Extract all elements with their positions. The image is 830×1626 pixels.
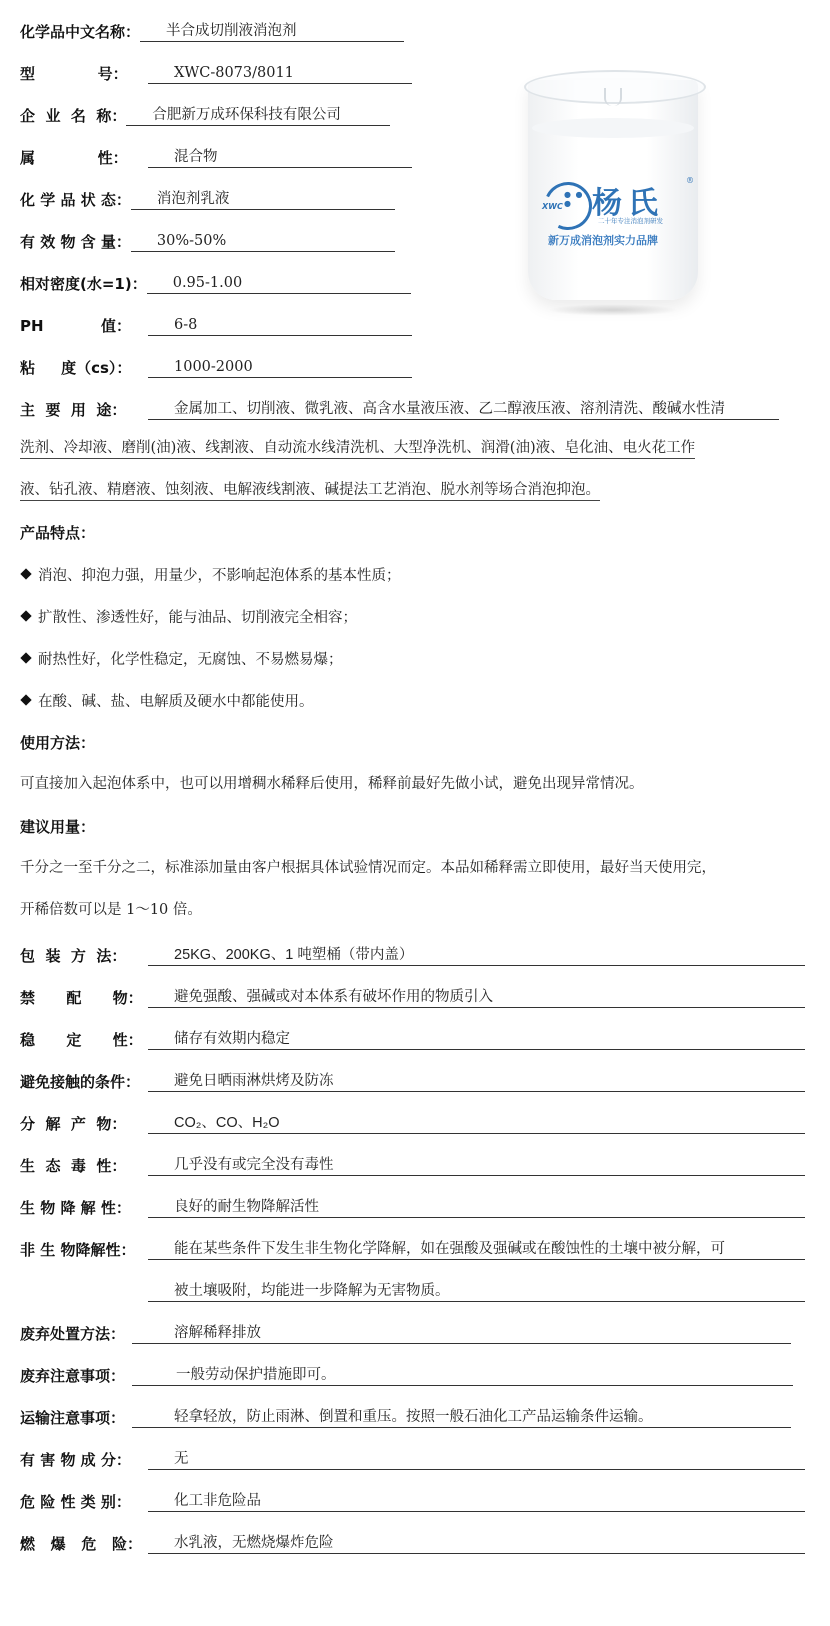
field-label: PH 值： <box>20 316 148 336</box>
field-hazard-class: 危 险 性 类 别： 化工非危险品 <box>20 1488 805 1512</box>
diamond-bullet-icon <box>20 568 31 579</box>
feature-text: 在酸、碱、盐、电解质及硬水中都能使用。 <box>38 694 314 710</box>
field-incompatible: 禁 配 物： 避免强酸、强碱或对本体系有破坏作用的物质引入 <box>20 984 805 1008</box>
field-value: 被土壤吸附，均能进一步降解为无害物质。 <box>148 1281 805 1302</box>
field-label: 型 号： <box>20 64 148 84</box>
field-usage: 主 要 用 途： 金属加工、切削液、微乳液、高含水量液压液、乙二醇液压液、溶剂清… <box>20 396 779 420</box>
field-explosion-hazard: 燃 爆 危 险： 水乳液，无燃烧爆炸危险 <box>20 1530 805 1554</box>
field-value: 水乳液，无燃烧爆炸危险 <box>148 1533 805 1554</box>
field-value: 0.95-1.00 <box>147 273 411 294</box>
field-value: 25KG、200KG、1 吨塑桶（带内盖） <box>148 945 805 966</box>
diamond-bullet-icon <box>20 694 31 705</box>
field-density: 相对密度(水=1)： 0.95-1.00 <box>20 270 411 294</box>
field-value: 合肥新万成环保科技有限公司 <box>126 105 390 126</box>
field-content: 有 效 物 含 量： 30%-50% <box>20 228 395 252</box>
field-value: 避免日晒雨淋烘烤及防冻 <box>148 1071 805 1092</box>
field-label: 粘 度（cs）： <box>20 358 148 378</box>
field-label: 生 物 降 解 性： <box>20 1198 148 1218</box>
feature-item: 扩散性、渗透性好，能与油品、切削液完全相容； <box>20 606 357 627</box>
field-transport-notes: 运输注意事项： 轻拿轻放，防止雨淋、倒置和重压。按照一般石油化工产品运输条件运输… <box>20 1404 791 1428</box>
beaker-spout <box>604 88 622 106</box>
feature-text: 耐热性好，化学性稳定，无腐蚀、不易燃易爆； <box>38 652 343 668</box>
field-disposal-method: 废弃处置方法： 溶解稀释排放 <box>20 1320 791 1344</box>
method-heading: 使用方法： <box>20 732 95 753</box>
diamond-bullet-icon <box>20 652 31 663</box>
feature-item: 在酸、碱、盐、电解质及硬水中都能使用。 <box>20 690 314 711</box>
dosage-line-2: 开稀倍数可以是 1～10 倍。 <box>20 900 810 920</box>
field-label: 废弃处置方法： <box>20 1324 132 1344</box>
field-viscosity: 粘 度（cs）： 1000-2000 <box>20 354 412 378</box>
field-value: 6-8 <box>148 315 412 336</box>
feature-text: 扩散性、渗透性好，能与油品、切削液完全相容； <box>38 610 357 626</box>
field-stability: 稳 定 性： 储存有效期内稳定 <box>20 1026 805 1050</box>
brand-tagline: 二十年专注消泡剂研发 <box>598 216 663 225</box>
field-value: 混合物 <box>148 147 412 168</box>
field-label: 属 性： <box>20 148 148 168</box>
field-attribute: 属 性： 混合物 <box>20 144 412 168</box>
field-label: 废弃注意事项： <box>20 1366 132 1386</box>
field-value: 几乎没有或完全没有毒性 <box>148 1155 805 1176</box>
usage-text: 液、钻孔液、精磨液、蚀刻液、电解液线割液、碱提法工艺消泡、脱水剂等场合消泡抑泡。 <box>20 480 600 501</box>
feature-item: 耐热性好，化学性稳定，无腐蚀、不易燃易爆； <box>20 648 343 669</box>
usage-line-2: 洗剂、冷却液、磨削(油)液、线割液、自动流水线清洗机、大型净洗机、润滑(油)液、… <box>20 438 810 459</box>
field-chinese-name: 化学品中文名称： 半合成切削液消泡剂 <box>20 18 404 42</box>
registered-icon: ® <box>686 176 694 185</box>
field-value: 30%-50% <box>131 231 395 252</box>
dosage-line-1: 千分之一至千分之二，标准添加量由客户根据具体试验情况而定。本品如稀释需立即使用，… <box>20 858 810 878</box>
field-hazardous-components: 有 害 物 成 分： 无 <box>20 1446 805 1470</box>
field-label: 燃 爆 危 险： <box>20 1534 148 1554</box>
field-avoid-conditions: 避免接触的条件： 避免日晒雨淋烘烤及防冻 <box>20 1068 805 1092</box>
field-ecotoxicity: 生 态 毒 性： 几乎没有或完全没有毒性 <box>20 1152 805 1176</box>
field-value: 1000-2000 <box>148 357 412 378</box>
feature-text: 消泡、抑泡力强，用量少，不影响起泡体系的基本性质； <box>38 568 401 584</box>
field-label: 包 装 方 法： <box>20 946 148 966</box>
field-packaging: 包 装 方 法： 25KG、200KG、1 吨塑桶（带内盖） <box>20 942 805 966</box>
beaker-shadow <box>548 304 678 316</box>
usage-line-1: 金属加工、切削液、微乳液、高含水量液压液、乙二醇液压液、溶剂清洗、酸碱水性清 <box>148 399 779 420</box>
field-value: 无 <box>148 1449 805 1470</box>
field-label: 企 业 名 称： <box>20 106 126 126</box>
field-value: 半合成切削液消泡剂 <box>140 21 404 42</box>
logo-mark: XWC <box>542 202 563 211</box>
field-label: 有 害 物 成 分： <box>20 1450 148 1470</box>
field-ph: PH 值： 6-8 <box>20 312 412 336</box>
field-label: 相对密度(水=1)： <box>20 274 147 294</box>
field-value: 轻拿轻放，防止雨淋、倒置和重压。按照一般石油化工产品运输条件运输。 <box>132 1407 791 1428</box>
field-value: 避免强酸、强碱或对本体系有破坏作用的物质引入 <box>148 987 805 1008</box>
usage-line-3: 液、钻孔液、精磨液、蚀刻液、电解液线割液、碱提法工艺消泡、脱水剂等场合消泡抑泡。 <box>20 480 810 501</box>
field-label: 运输注意事项： <box>20 1408 132 1428</box>
field-value: 良好的耐生物降解活性 <box>148 1197 805 1218</box>
field-value: XWC-8073/8011 <box>148 63 412 84</box>
field-label: 主 要 用 途： <box>20 400 148 420</box>
field-label: 避免接触的条件： <box>20 1072 148 1092</box>
field-state: 化 学 品 状 态： 消泡剂乳液 <box>20 186 395 210</box>
field-value: 一般劳动保护措施即可。 <box>132 1365 793 1386</box>
field-label: 有 效 物 含 量： <box>20 232 131 252</box>
product-image-beaker: ● ●● XWC 杨氏 ® 二十年专注消泡剂研发 新万成消泡剂实力品牌 <box>518 60 718 320</box>
field-abiotic-degradation: 非 生 物降解性： 能在某些条件下发生非生物化学降解，如在强酸及强碱或在酸蚀性的… <box>20 1236 805 1260</box>
method-text: 可直接加入起泡体系中，也可以用增稠水稀释后使用，稀释前最好先做小试，避免出现异常… <box>20 774 810 794</box>
field-company: 企 业 名 称： 合肥新万成环保科技有限公司 <box>20 102 390 126</box>
field-decomposition: 分 解 产 物： CO₂、CO、H₂O <box>20 1110 805 1134</box>
field-label: 禁 配 物： <box>20 988 148 1008</box>
field-abiotic-degradation-cont: 被土壤吸附，均能进一步降解为无害物质。 <box>148 1278 805 1302</box>
field-value: 化工非危险品 <box>148 1491 805 1512</box>
field-biodegradability: 生 物 降 解 性： 良好的耐生物降解活性 <box>20 1194 805 1218</box>
field-value: 消泡剂乳液 <box>131 189 395 210</box>
field-value: CO₂、CO、H₂O <box>148 1113 805 1134</box>
field-value: 溶解稀释排放 <box>132 1323 791 1344</box>
field-value: 储存有效期内稳定 <box>148 1029 805 1050</box>
brand-slogan: 新万成消泡剂实力品牌 <box>548 232 658 248</box>
field-value: 能在某些条件下发生非生物化学降解，如在强酸及强碱或在酸蚀性的土壤中被分解，可 <box>148 1239 805 1260</box>
diamond-bullet-icon <box>20 610 31 621</box>
field-label: 分 解 产 物： <box>20 1114 148 1134</box>
field-label: 非 生 物降解性： <box>20 1240 148 1260</box>
liquid-surface <box>532 118 694 138</box>
field-label: 生 态 毒 性： <box>20 1156 148 1176</box>
usage-text: 洗剂、冷却液、磨削(油)液、线割液、自动流水线清洗机、大型净洗机、润滑(油)液、… <box>20 438 695 459</box>
features-heading: 产品特点： <box>20 522 95 543</box>
dosage-heading: 建议用量： <box>20 816 95 837</box>
field-model: 型 号： XWC-8073/8011 <box>20 60 412 84</box>
field-label: 化学品中文名称： <box>20 22 140 42</box>
field-label: 危 险 性 类 别： <box>20 1492 148 1512</box>
field-label: 稳 定 性： <box>20 1030 148 1050</box>
field-disposal-notes: 废弃注意事项： 一般劳动保护措施即可。 <box>20 1362 793 1386</box>
logo-bubbles-icon: ● ●● <box>564 190 584 208</box>
feature-item: 消泡、抑泡力强，用量少，不影响起泡体系的基本性质； <box>20 564 401 585</box>
brand-logo: ● ●● XWC 杨氏 ® 二十年专注消泡剂研发 新万成消泡剂实力品牌 <box>540 178 700 248</box>
field-label: 化 学 品 状 态： <box>20 190 131 210</box>
